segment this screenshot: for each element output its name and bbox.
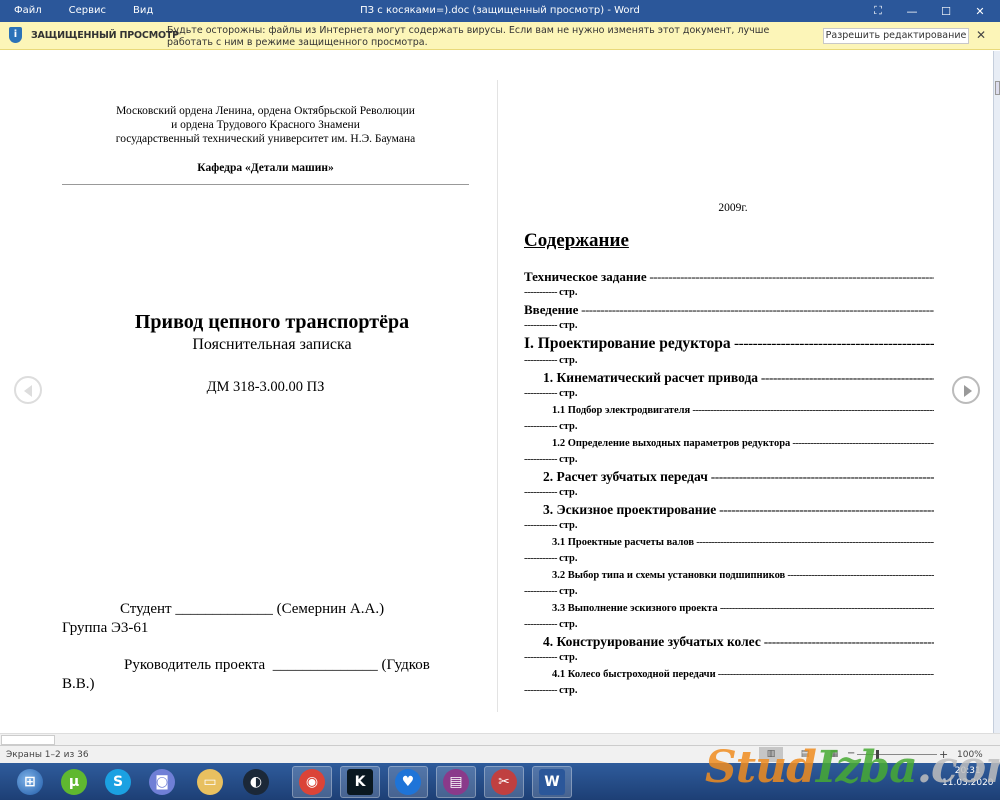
- toc-page-ref: стр.: [559, 520, 577, 531]
- horizontal-scroll-area: [0, 733, 1000, 745]
- toc-entry-label: 1. Кинематический расчет привода: [543, 370, 758, 385]
- enable-editing-button[interactable]: Разрешить редактирование: [823, 28, 969, 44]
- toc-page-ref: стр.: [559, 421, 577, 432]
- toc-entry-label: 3.2 Выбор типа и схемы установки подшипн…: [552, 570, 785, 581]
- toc-leader: ----------------------------------------…: [690, 405, 934, 416]
- toc-leader: ----------------------------------------…: [731, 335, 934, 352]
- toc-entry[interactable]: 1.1 Подбор электродвигателя ------------…: [524, 402, 934, 435]
- toc-leader: -----------: [524, 454, 559, 465]
- chrome-icon: ◉: [299, 769, 325, 795]
- clock-date: 11.03.2020: [942, 777, 994, 789]
- toc-heading: Содержание: [524, 230, 629, 252]
- toc-leader: ----------------------------------------…: [790, 438, 934, 449]
- document-subtitle: Пояснительная записка: [62, 336, 482, 354]
- university-header: Московский ордена Ленина, ордена Октябрь…: [62, 104, 469, 146]
- snipping-tool-icon: ✂: [491, 769, 517, 795]
- supervisor-signature: Руководитель проекта ______________ (Гуд…: [62, 656, 482, 694]
- toc-page-ref: стр.: [559, 320, 577, 331]
- fullscreen-icon[interactable]: ⛶: [866, 3, 890, 19]
- toc-page-ref: стр.: [559, 454, 577, 465]
- taskbar-kaspersky[interactable]: K: [340, 766, 380, 798]
- skype-icon: S: [105, 769, 131, 795]
- taskbar-winrar[interactable]: ▤: [436, 766, 476, 798]
- toc-entry-label: 4.1 Колесо быстроходной передачи: [552, 669, 716, 680]
- toc-entry-label: 4. Конструирование зубчатых колес: [543, 634, 761, 649]
- toc-page-ref: стр.: [559, 619, 577, 630]
- toc-entry[interactable]: 3.1 Проектные расчеты валов ------------…: [524, 534, 934, 567]
- system-clock[interactable]: 20:31 11.03.2020: [942, 765, 994, 789]
- taskbar: ⊞µS◙▭◐◉K♥▤✂W: [0, 763, 1000, 800]
- steam-icon: ◐: [243, 769, 269, 795]
- supervisor-line: Руководитель проекта ______________ (Гуд…: [62, 656, 482, 675]
- toc-leader: -----------: [524, 287, 559, 298]
- toc-page-ref: стр.: [559, 287, 577, 298]
- toc-page-ref: стр.: [559, 388, 577, 399]
- next-screen-button[interactable]: [952, 376, 980, 404]
- toc-leader: -----------: [524, 388, 559, 399]
- toc-leader: ----------------------------------------…: [761, 634, 934, 649]
- header-rule: [62, 184, 469, 185]
- print-layout-button[interactable]: ▤: [793, 747, 817, 762]
- toc-entry[interactable]: 4. Конструирование зубчатых колес ------…: [524, 633, 934, 666]
- start-icon: ⊞: [17, 769, 43, 795]
- header-line: Московский ордена Ленина, ордена Октябрь…: [62, 104, 469, 118]
- department: Кафедра «Детали машин»: [62, 162, 469, 174]
- toc-entry-label: 3. Эскизное проектирование: [543, 502, 716, 517]
- previous-screen-button[interactable]: [14, 376, 42, 404]
- toc-entry[interactable]: 3. Эскизное проектирование -------------…: [524, 501, 934, 534]
- page-counter: Экраны 1–2 из 36: [6, 750, 89, 760]
- taskbar-discord[interactable]: ◙: [142, 766, 182, 798]
- toc-entry-label: I. Проектирование редуктора: [524, 335, 731, 352]
- kaspersky-icon: K: [347, 769, 373, 795]
- zoom-in-button[interactable]: +: [939, 748, 948, 761]
- toc-entry[interactable]: 3.3 Выполнение эскизного проекта -------…: [524, 600, 934, 633]
- toc-entry[interactable]: 3.2 Выбор типа и схемы установки подшипн…: [524, 567, 934, 600]
- toc-leader: -----------: [524, 320, 559, 331]
- toc-leader: ----------------------------------------…: [708, 469, 934, 484]
- group-line: Группа Э3-61: [62, 619, 482, 638]
- zoom-level[interactable]: 100%: [957, 750, 983, 760]
- toc-leader: ----------------------------------------…: [718, 603, 934, 614]
- toc-page-ref: стр.: [559, 586, 577, 597]
- chevron-right-icon: [964, 385, 972, 397]
- toc-leader: -----------: [524, 685, 559, 696]
- window-title: ПЗ с косяками=).doc (защищенный просмотр…: [0, 5, 1000, 16]
- toc-leader: ----------------------------------------…: [785, 570, 934, 581]
- utorrent-icon: µ: [61, 769, 87, 795]
- document-code: ДМ 318-3.00.00 ПЗ: [62, 379, 469, 396]
- taskbar-start[interactable]: ⊞: [10, 766, 50, 798]
- file-explorer-icon: ▭: [197, 769, 223, 795]
- toc-page-ref: стр.: [559, 652, 577, 663]
- toc-page-ref: стр.: [559, 685, 577, 696]
- discord-icon: ◙: [149, 769, 175, 795]
- header-line: и ордена Трудового Красного Знамени: [62, 118, 469, 132]
- toc-entry-label: 1.2 Определение выходных параметров реду…: [552, 438, 790, 449]
- taskbar-heart-app[interactable]: ♥: [388, 766, 428, 798]
- toc-leader: -----------: [524, 619, 559, 630]
- chevron-left-icon: [24, 385, 32, 397]
- supervisor-line-2: В.В.): [62, 675, 482, 694]
- taskbar-chrome[interactable]: ◉: [292, 766, 332, 798]
- protected-view-bar: i ЗАЩИЩЕННЫЙ ПРОСМОТР Будьте осторожны: …: [0, 22, 1000, 50]
- taskbar-utorrent[interactable]: µ: [54, 766, 94, 798]
- zoom-slider-thumb[interactable]: [876, 750, 879, 759]
- student-signature: Студент _____________ (Семернин А.А.) Гр…: [62, 600, 482, 638]
- toc-entry[interactable]: I. Проектирование редуктора ------------…: [524, 334, 934, 369]
- shield-icon: i: [9, 27, 22, 43]
- taskbar-snipping-tool[interactable]: ✂: [484, 766, 524, 798]
- toc-entry-label: 2. Расчет зубчатых передач: [543, 469, 708, 484]
- toc-entry-label: 1.1 Подбор электродвигателя: [552, 405, 690, 416]
- taskbar-steam[interactable]: ◐: [236, 766, 276, 798]
- toc-leader: ----------------------------------------…: [716, 669, 934, 680]
- toc-leader: ----------------------------------------…: [716, 502, 934, 517]
- toc-page-ref: стр.: [559, 553, 577, 564]
- toc-leader: -----------: [524, 520, 559, 531]
- winrar-icon: ▤: [443, 769, 469, 795]
- toc-leader: -----------: [524, 421, 559, 432]
- taskbar-word[interactable]: W: [532, 766, 572, 798]
- toc-leader: -----------: [524, 355, 559, 366]
- year: 2009г.: [524, 202, 942, 214]
- close-infobar-icon[interactable]: ✕: [976, 28, 986, 42]
- toc-leader: -----------: [524, 586, 559, 597]
- clock-time: 20:31: [942, 765, 994, 777]
- toc-leader: ----------------------------------------…: [694, 537, 934, 548]
- table-of-contents: Техническое задание --------------------…: [524, 268, 934, 699]
- toc-leader: -----------: [524, 553, 559, 564]
- header-line: государственный технический университет …: [62, 132, 469, 146]
- horizontal-scrollbar[interactable]: [1, 735, 55, 745]
- toc-entry-label: Введение: [524, 302, 578, 317]
- toc-entry[interactable]: Техническое задание --------------------…: [524, 268, 934, 301]
- document-title: Привод цепного транспортёра: [62, 311, 482, 334]
- status-bar: Экраны 1–2 из 36 ▥ ▤ ▦ − + 100%: [0, 745, 1000, 763]
- toc-page-ref: стр.: [559, 487, 577, 498]
- page-divider: [497, 80, 498, 712]
- taskbar-skype[interactable]: S: [98, 766, 138, 798]
- protected-view-message: Будьте осторожны: файлы из Интернета мог…: [167, 25, 807, 49]
- student-line: Студент _____________ (Семернин А.А.): [62, 600, 482, 619]
- toc-page-ref: стр.: [559, 355, 577, 366]
- taskbar-file-explorer[interactable]: ▭: [190, 766, 230, 798]
- protected-view-label: ЗАЩИЩЕННЫЙ ПРОСМОТР: [31, 30, 179, 41]
- close-icon[interactable]: ✕: [968, 3, 992, 19]
- toc-leader: ----------------------------------------…: [647, 269, 934, 284]
- toc-leader: ----------------------------------------…: [578, 302, 934, 317]
- toc-leader: -----------: [524, 487, 559, 498]
- toc-entry[interactable]: 2. Расчет зубчатых передач -------------…: [524, 468, 934, 501]
- title-bar: Файл Сервис Вид ПЗ с косяками=).doc (защ…: [0, 0, 1000, 22]
- toc-entry-label: 3.1 Проектные расчеты валов: [552, 537, 694, 548]
- web-layout-button[interactable]: ▦: [822, 747, 846, 762]
- scrollbar-thumb[interactable]: [995, 81, 1000, 95]
- vertical-scrollbar[interactable]: [993, 51, 1000, 733]
- toc-entry[interactable]: Введение -------------------------------…: [524, 301, 934, 334]
- zoom-slider[interactable]: [857, 754, 937, 755]
- heart-app-icon: ♥: [395, 769, 421, 795]
- toc-entry-label: 3.3 Выполнение эскизного проекта: [552, 603, 718, 614]
- toc-leader: -----------: [524, 652, 559, 663]
- toc-entry[interactable]: 1. Кинематический расчет привода -------…: [524, 369, 934, 402]
- word-icon: W: [539, 769, 565, 795]
- toc-leader: ----------------------------------------…: [758, 370, 934, 385]
- minimize-icon[interactable]: —: [900, 3, 924, 19]
- read-mode-button[interactable]: ▥: [759, 747, 783, 762]
- toc-entry[interactable]: 4.1 Колесо быстроходной передачи -------…: [524, 666, 934, 699]
- maximize-icon[interactable]: ☐: [934, 3, 958, 19]
- toc-entry-label: Техническое задание: [524, 269, 647, 284]
- toc-entry[interactable]: 1.2 Определение выходных параметров реду…: [524, 435, 934, 468]
- zoom-out-button[interactable]: −: [847, 748, 855, 759]
